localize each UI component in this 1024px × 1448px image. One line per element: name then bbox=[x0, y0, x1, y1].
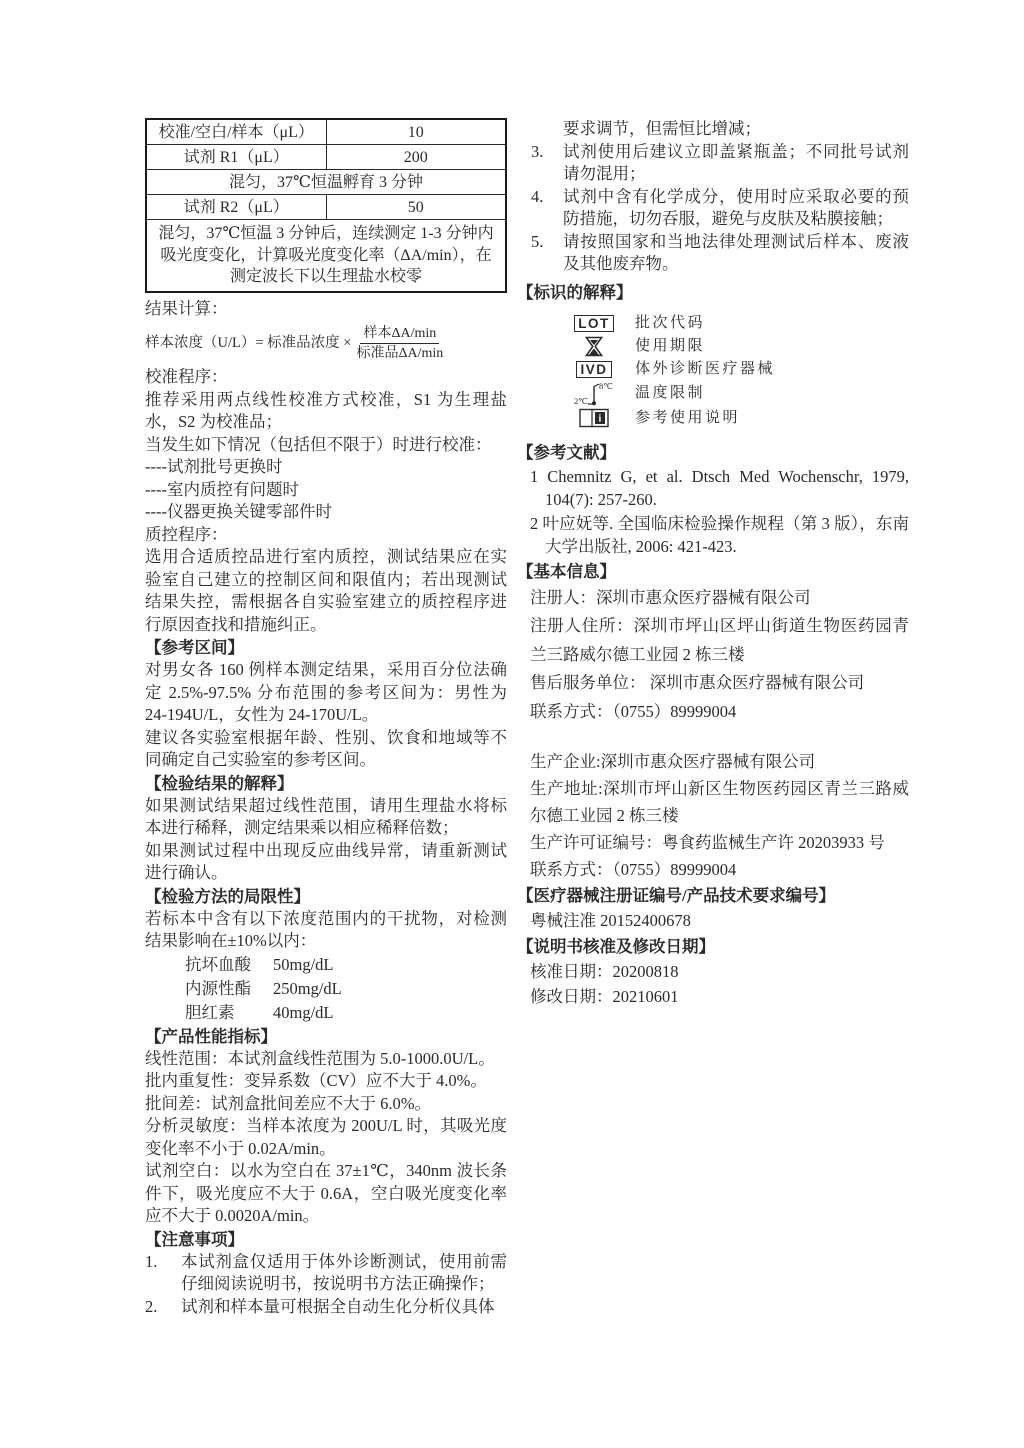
left-column: 校准/空白/样本（μL） 10 试剂 R1（μL） 200 混匀，37℃恒温孵育… bbox=[145, 118, 507, 1318]
paragraph: 建议各实验室根据年龄、性别、饮食和地域等不同确定自己实验室的参考区间。 bbox=[145, 727, 507, 772]
interferent-value: 40mg/dL bbox=[273, 1001, 334, 1025]
symbol-row: 使用期限 bbox=[517, 335, 909, 358]
symbol-label: 批次代码 bbox=[635, 312, 705, 335]
consult-instructions-icon: i bbox=[563, 408, 625, 428]
symbol-row: LOT 批次代码 bbox=[517, 312, 909, 335]
section-heading-precautions: 【注意事项】 bbox=[145, 1228, 507, 1251]
symbol-row: 8℃ 2℃ 温度限制 bbox=[517, 381, 909, 407]
formula-fraction: 样本ΔA/min 标准品ΔA/min bbox=[356, 325, 443, 362]
paragraph: 对男女各 160 例样本测定结果，采用百分位法确定 2.5%-97.5% 分布范… bbox=[145, 659, 507, 727]
section-heading-symbols: 【标识的解释】 bbox=[517, 280, 909, 305]
calibration-line: 当发生如下情况（包括但不限于）时进行校准： bbox=[145, 434, 507, 457]
calibration-line: 推荐采用两点线性校准方式校准，S1 为生理盐水，S2 为校准品； bbox=[145, 389, 507, 434]
list-text: 请按照国家和当地法律处理测试后样本、废液及其他废弃物。 bbox=[563, 231, 909, 276]
section-heading-performance: 【产品性能指标】 bbox=[145, 1025, 507, 1048]
table-span-cell: 混匀，37℃恒温孵育 3 分钟 bbox=[146, 170, 506, 195]
list-item: 1. 本试剂盒仅适用于体外诊断测试，使用前需仔细阅读说明书，按说明书方法正确操作… bbox=[145, 1251, 507, 1296]
list-item: 4. 试剂中含有化学成分，使用时应采取必要的预防措施，切勿吞服，避免与皮肤及粘膜… bbox=[517, 186, 909, 231]
temperature-limit-icon: 8℃ 2℃ bbox=[563, 381, 625, 407]
list-text: 本试剂盒仅适用于体外诊断测试，使用前需仔细阅读说明书，按说明书方法正确操作； bbox=[181, 1251, 507, 1296]
list-item: 5. 请按照国家和当地法律处理测试后样本、废液及其他废弃物。 bbox=[517, 231, 909, 276]
calibration-bullet: ----室内质控有问题时 bbox=[145, 479, 507, 502]
symbol-row: i 参考使用说明 bbox=[517, 407, 909, 430]
revision-date: 修改日期：20210601 bbox=[517, 984, 909, 1010]
table-row: 试剂 R1（μL） 200 bbox=[146, 145, 506, 170]
table-row: 校准/空白/样本（μL） 10 bbox=[146, 119, 506, 145]
list-number: 1. bbox=[145, 1251, 181, 1296]
reference-item: 2 叶应妩等. 全国临床检验操作规程（第 3 版），东南大学出版社, 2006:… bbox=[517, 512, 909, 559]
ivd-icon: IVD bbox=[563, 361, 625, 378]
interferent-row: 内源性酯 250mg/dL bbox=[145, 977, 507, 1001]
concentration-formula: 样本浓度（U/L）= 标准品浓度 × 样本ΔA/min 标准品ΔA/min bbox=[145, 320, 507, 366]
list-text: 试剂使用后建议立即盖紧瓶盖；不同批号试剂请勿混用； bbox=[563, 141, 909, 186]
interferent-value: 250mg/dL bbox=[273, 977, 342, 1001]
formula-lhs: 样本浓度（U/L）= 标准品浓度 × bbox=[145, 332, 351, 355]
interferent-name: 胆红素 bbox=[185, 1001, 273, 1025]
interferent-name: 抗坏血酸 bbox=[185, 953, 273, 977]
reference-item: 1 Chemnitz G, et al. Dtsch Med Wochensch… bbox=[517, 465, 909, 512]
paragraph: 分析灵敏度：当样本浓度为 200U/L 时，其吸光度变化率不小于 0.02A/m… bbox=[145, 1115, 507, 1160]
calibration-bullet: ----试剂批号更换时 bbox=[145, 456, 507, 479]
list-text: 试剂和样本量可根据全自动生化分析仪具体 bbox=[181, 1296, 507, 1319]
section-heading-revision: 【说明书核准及修改日期】 bbox=[517, 934, 909, 959]
paragraph: 批间差：试剂盒批间差应不大于 6.0%。 bbox=[145, 1093, 507, 1116]
symbol-label: 参考使用说明 bbox=[635, 407, 740, 430]
qc-title: 质控程序： bbox=[145, 524, 507, 547]
symbols-list: LOT 批次代码 使用期限 IVD 体外诊断医疗器械 bbox=[517, 312, 909, 430]
symbol-label: 使用期限 bbox=[635, 335, 705, 358]
interferent-value: 50mg/dL bbox=[273, 953, 334, 977]
symbol-label: 体外诊断医疗器械 bbox=[635, 358, 775, 381]
protocol-table: 校准/空白/样本（μL） 10 试剂 R1（μL） 200 混匀，37℃恒温孵育… bbox=[145, 118, 507, 293]
table-cell-label: 试剂 R1（μL） bbox=[146, 145, 326, 170]
section-heading-references: 【参考文献】 bbox=[517, 440, 909, 465]
formula-denominator: 标准品ΔA/min bbox=[356, 344, 443, 362]
registration-number: 粤械注准 20152400678 bbox=[517, 908, 909, 934]
calibration-bullet: ----仪器更换关键零部件时 bbox=[145, 501, 507, 524]
list-number: 4. bbox=[531, 186, 563, 231]
after-sales-unit: 售后服务单位： 深圳市惠众医疗器械有限公司 bbox=[517, 669, 909, 698]
table-cell-value: 50 bbox=[326, 195, 506, 220]
list-text: 试剂中含有化学成分，使用时应采取必要的预防措施，切勿吞服，避免与皮肤及粘膜接触； bbox=[563, 186, 909, 231]
hourglass-icon bbox=[563, 336, 625, 357]
qc-body: 选用合适质控品进行室内质控，测试结果应在实验室自己建立的控制区间和限值内；若出现… bbox=[145, 546, 507, 636]
section-heading-limitations: 【检验方法的局限性】 bbox=[145, 885, 507, 908]
table-row: 混匀，37℃恒温孵育 3 分钟 bbox=[146, 170, 506, 195]
registrant-address: 注册人住所：深圳市坪山区坪山街道生物医药园青兰三路威尔德工业园 2 栋三楼 bbox=[517, 612, 909, 669]
list-number: 5. bbox=[531, 231, 563, 276]
list-item: 3. 试剂使用后建议立即盖紧瓶盖；不同批号试剂请勿混用； bbox=[517, 141, 909, 186]
section-heading-reference-interval: 【参考区间】 bbox=[145, 636, 507, 659]
lot-icon: LOT bbox=[563, 315, 625, 332]
manufacture-address: 生产地址:深圳市坪山新区生物医药园区青兰三路威尔德工业园 2 栋三楼 bbox=[517, 775, 909, 829]
interferent-name: 内源性酯 bbox=[185, 977, 273, 1001]
approval-date: 核准日期：20200818 bbox=[517, 959, 909, 985]
paragraph: 若标本中含有以下浓度范围内的干扰物，对检测结果影响在±10%以内： bbox=[145, 908, 507, 953]
interferent-row: 胆红素 40mg/dL bbox=[145, 1001, 507, 1025]
section-heading-result-interpretation: 【检验结果的解释】 bbox=[145, 772, 507, 795]
svg-text:i: i bbox=[599, 414, 602, 425]
registrant: 注册人：深圳市惠众医疗器械有限公司 bbox=[517, 584, 909, 613]
list-item: 2. 试剂和样本量可根据全自动生化分析仪具体 bbox=[145, 1296, 507, 1319]
calibration-title: 校准程序： bbox=[145, 366, 507, 389]
production-license: 生产许可证编号：粤食药监械生产许 20203933 号 bbox=[517, 829, 909, 856]
paragraph: 批内重复性：变异系数（CV）应不大于 4.0%。 bbox=[145, 1070, 507, 1093]
paragraph: 试剂空白：以水为空白在 37±1℃，340nm 波长条件下，吸光度应不大于 0.… bbox=[145, 1160, 507, 1228]
table-row: 试剂 R2（μL） 50 bbox=[146, 195, 506, 220]
document-page: 校准/空白/样本（μL） 10 试剂 R1（μL） 200 混匀，37℃恒温孵育… bbox=[0, 0, 1024, 1448]
right-column: 要求调节，但需恒比增减； 3. 试剂使用后建议立即盖紧瓶盖；不同批号试剂请勿混用… bbox=[517, 118, 909, 1010]
result-calc-label: 结果计算： bbox=[145, 298, 507, 321]
table-span-cell: 混匀，37℃恒温 3 分钟后，连续测定 1-3 分钟内吸光度变化，计算吸光度变化… bbox=[146, 220, 506, 292]
section-heading-registration: 【医疗器械注册证编号/产品技术要求编号】 bbox=[517, 883, 909, 908]
table-row: 混匀，37℃恒温 3 分钟后，连续测定 1-3 分钟内吸光度变化，计算吸光度变化… bbox=[146, 220, 506, 292]
symbol-row: IVD 体外诊断医疗器械 bbox=[517, 358, 909, 381]
paragraph: 线性范围：本试剂盒线性范围为 5.0-1000.0U/L。 bbox=[145, 1048, 507, 1071]
formula-numerator: 样本ΔA/min bbox=[360, 325, 439, 344]
list-number: 2. bbox=[145, 1296, 181, 1319]
paragraph: 如果测试过程中出现反应曲线异常，请重新测试进行确认。 bbox=[145, 840, 507, 885]
table-cell-value: 200 bbox=[326, 145, 506, 170]
interferent-row: 抗坏血酸 50mg/dL bbox=[145, 953, 507, 977]
symbol-label: 温度限制 bbox=[635, 382, 705, 405]
manufacturer: 生产企业:深圳市惠众医疗器械有限公司 bbox=[517, 748, 909, 775]
table-cell-label: 校准/空白/样本（μL） bbox=[146, 119, 326, 145]
spacer bbox=[517, 726, 909, 748]
contact-phone: 联系方式：（0755）89999004 bbox=[517, 698, 909, 727]
svg-text:8℃: 8℃ bbox=[599, 381, 613, 391]
section-heading-basic-info: 【基本信息】 bbox=[517, 559, 909, 584]
table-cell-value: 10 bbox=[326, 119, 506, 145]
svg-text:2℃: 2℃ bbox=[574, 396, 588, 406]
table-cell-label: 试剂 R2（μL） bbox=[146, 195, 326, 220]
list-number: 3. bbox=[531, 141, 563, 186]
contact-phone: 联系方式：（0755）89999004 bbox=[517, 856, 909, 883]
paragraph: 如果测试结果超过线性范围，请用生理盐水将标本进行稀释，测定结果乘以相应稀释倍数； bbox=[145, 795, 507, 840]
list-text-continuation: 要求调节，但需恒比增减； bbox=[517, 118, 909, 141]
